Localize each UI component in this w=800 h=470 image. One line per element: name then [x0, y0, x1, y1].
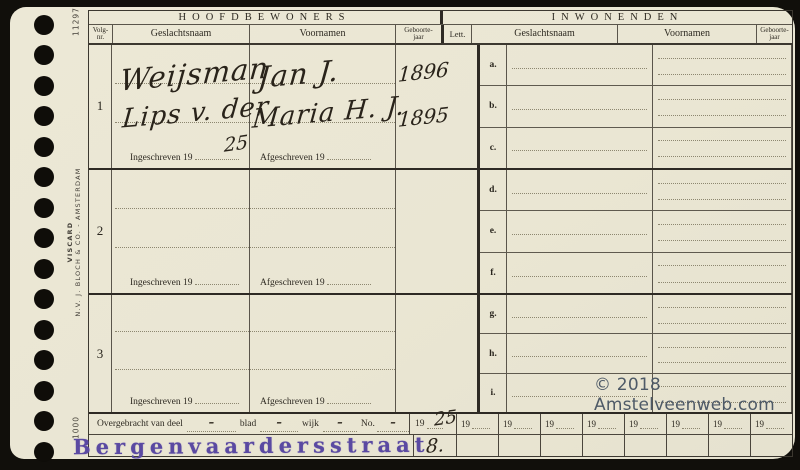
firstnames-writing-lines: [653, 170, 792, 210]
firstnames-writing-lines: [653, 86, 792, 126]
lett-label: f.: [480, 253, 507, 293]
surname-writing-line: [507, 211, 653, 251]
empty-cell: [666, 435, 708, 456]
header-geboortejaar-right: Geboorte- jaar: [756, 25, 792, 44]
ingeschreven-line: Ingeschreven 19: [130, 276, 239, 288]
punch-hole: [34, 259, 54, 279]
register-band-1: 1 Weijsman Jan J. 1896 Lips v. der Maria…: [89, 45, 792, 169]
lett-label: e.: [480, 211, 507, 251]
handwritten-dash: –: [337, 416, 343, 429]
punch-hole: [34, 137, 54, 157]
volgnr-label: 2: [89, 170, 112, 293]
handwritten-surname-1: Weijsman: [119, 51, 271, 98]
punch-hole: [34, 350, 54, 370]
punch-hole: [34, 76, 54, 96]
empty-cell: [498, 435, 540, 456]
street-name-stamp: Bergenvaardersstraat: [73, 432, 430, 459]
lett-label: i.: [480, 374, 507, 412]
inwonenden-row: g.: [480, 295, 792, 333]
volgnr-label: 1: [89, 45, 112, 167]
surname-writing-line: [507, 45, 653, 85]
printer-brand: VISCARD: [66, 162, 74, 322]
inwonenden-row: a.: [480, 45, 792, 85]
hoofdbewoner-row-1: 1 Weijsman Jan J. 1896 Lips v. der Maria…: [89, 45, 477, 167]
header-geslachtsnaam-right: Geslachtsnaam: [471, 25, 617, 44]
lett-label: d.: [480, 170, 507, 210]
handwritten-firstnames-2: Maria H. J.: [251, 91, 407, 135]
print-serial-number: 11297: [72, 0, 81, 52]
empty-cell: [624, 435, 666, 456]
inwonenden-row: e.: [480, 210, 792, 251]
punch-hole: [34, 167, 54, 187]
header-lett: Lett.: [444, 25, 471, 44]
inwonenden-row: b.: [480, 85, 792, 126]
afgeschreven-line: Afgeschreven 19: [260, 276, 371, 288]
header-voornamen-right: Voornamen: [617, 25, 756, 44]
handwritten-house-number: 8.: [425, 434, 444, 458]
year-cell: 19: [624, 414, 666, 434]
printer-imprint: VISCARD N.V. J. BLOCH & CO. - AMSTERDAM: [66, 162, 82, 322]
street-stamp-cell: Bergenvaardersstraat: [89, 435, 413, 456]
punch-hole: [34, 15, 54, 35]
firstnames-writing-lines: [653, 128, 792, 168]
volgnr-label: 3: [89, 295, 112, 412]
surname-writing-line: [507, 334, 653, 372]
section-title-row: HOOFDBEWONERS INWONENDEN: [89, 11, 792, 25]
firstnames-writing-lines: [653, 211, 792, 251]
punch-hole: [34, 381, 54, 401]
punch-hole: [34, 289, 54, 309]
surname-writing-line: [507, 170, 653, 210]
year-cell: 19: [498, 414, 540, 434]
register-band-2: 2 Ingeschreven 19 Afgeschreven 19: [89, 170, 792, 295]
afgeschreven-line: Afgeschreven 19: [260, 151, 371, 163]
year-cell: 19: [540, 414, 582, 434]
punch-hole: [34, 320, 54, 340]
inwonenden-row: f.: [480, 252, 792, 293]
punch-hole: [34, 411, 54, 431]
surname-writing-line: [507, 253, 653, 293]
year-cell: 19: [708, 414, 750, 434]
printer-company: N.V. J. BLOCH & CO. - AMSTERDAM: [74, 162, 82, 322]
empty-cell: [708, 435, 750, 456]
firstnames-writing-lines: [653, 45, 792, 85]
handwritten-year-2: 1895: [397, 102, 449, 132]
address-row: Bergenvaardersstraat 8.: [89, 434, 792, 456]
handwritten-dash: –: [276, 416, 282, 429]
lett-label: b.: [480, 86, 507, 126]
lett-label: c.: [480, 128, 507, 168]
ingeschreven-line: Ingeschreven 19: [130, 395, 239, 407]
inwonenden-rows-d-f: d. e. f.: [477, 170, 792, 293]
punch-hole: [34, 442, 54, 462]
overgebracht-line: Overgebracht van deel – blad – wijk – No…: [89, 414, 409, 434]
firstnames-writing-lines: [653, 295, 792, 333]
empty-cell: [750, 435, 792, 456]
surname-writing-line: [507, 295, 653, 333]
surname-writing-line: [507, 128, 653, 168]
year-cell: 19: [456, 414, 498, 434]
firstnames-writing-lines: [653, 334, 792, 372]
handwritten-transfer-year: 25: [434, 407, 457, 431]
afgeschreven-line: Afgeschreven 19: [260, 395, 371, 407]
handwritten-firstnames-1: Jan J.: [257, 54, 341, 95]
hoofdbewoners-title: HOOFDBEWONERS: [89, 11, 440, 24]
empty-cell: [582, 435, 624, 456]
inwonenden-title: INWONENDEN: [440, 11, 792, 24]
handwritten-year-1: 1896: [397, 57, 449, 87]
punch-hole: [34, 228, 54, 248]
header-geboortejaar: Geboorte- jaar: [395, 25, 441, 44]
header-voornamen: Voornamen: [249, 25, 395, 44]
column-header-row: Volg- nr. Geslachtsnaam Voornamen Geboor…: [89, 25, 792, 46]
lett-label: h.: [480, 334, 507, 372]
hoofdbewoner-row-3: 3 Ingeschreven 19 Afgeschreven 19: [89, 295, 477, 412]
inwonenden-row: d.: [480, 170, 792, 210]
house-number-cell: 8.: [413, 435, 456, 456]
lett-label: a.: [480, 45, 507, 85]
transfer-row: Overgebracht van deel – blad – wijk – No…: [89, 412, 792, 434]
lett-label: g.: [480, 295, 507, 333]
punch-hole: [34, 106, 54, 126]
punch-hole: [34, 198, 54, 218]
punch-hole: [34, 45, 54, 65]
year-cell: 19: [750, 414, 792, 434]
empty-cell: [540, 435, 582, 456]
inwonenden-rows-a-c: a. b. c.: [477, 45, 792, 167]
ingeschreven-line: Ingeschreven 19: [130, 151, 239, 163]
header-volgnr: Volg- nr.: [89, 25, 112, 44]
surname-writing-line: [507, 86, 653, 126]
scanned-register-card: 11297 VISCARD N.V. J. BLOCH & CO. - AMST…: [0, 0, 800, 470]
firstnames-writing-lines: [653, 253, 792, 293]
year-cell: 19: [666, 414, 708, 434]
empty-cell: [456, 435, 498, 456]
registration-card: 11297 VISCARD N.V. J. BLOCH & CO. - AMST…: [10, 7, 795, 459]
year-cell: 19: [582, 414, 624, 434]
copyright-watermark: © 2018 Amstelveenweb.com: [594, 375, 795, 415]
hoofdbewoner-row-2: 2 Ingeschreven 19 Afgeschreven 19: [89, 170, 477, 293]
inwonenden-row: h.: [480, 333, 792, 372]
handwritten-dash: –: [209, 416, 215, 429]
header-geslachtsnaam: Geslachtsnaam: [112, 25, 249, 44]
handwritten-dash: –: [390, 416, 396, 429]
inwonenden-row: c.: [480, 127, 792, 168]
